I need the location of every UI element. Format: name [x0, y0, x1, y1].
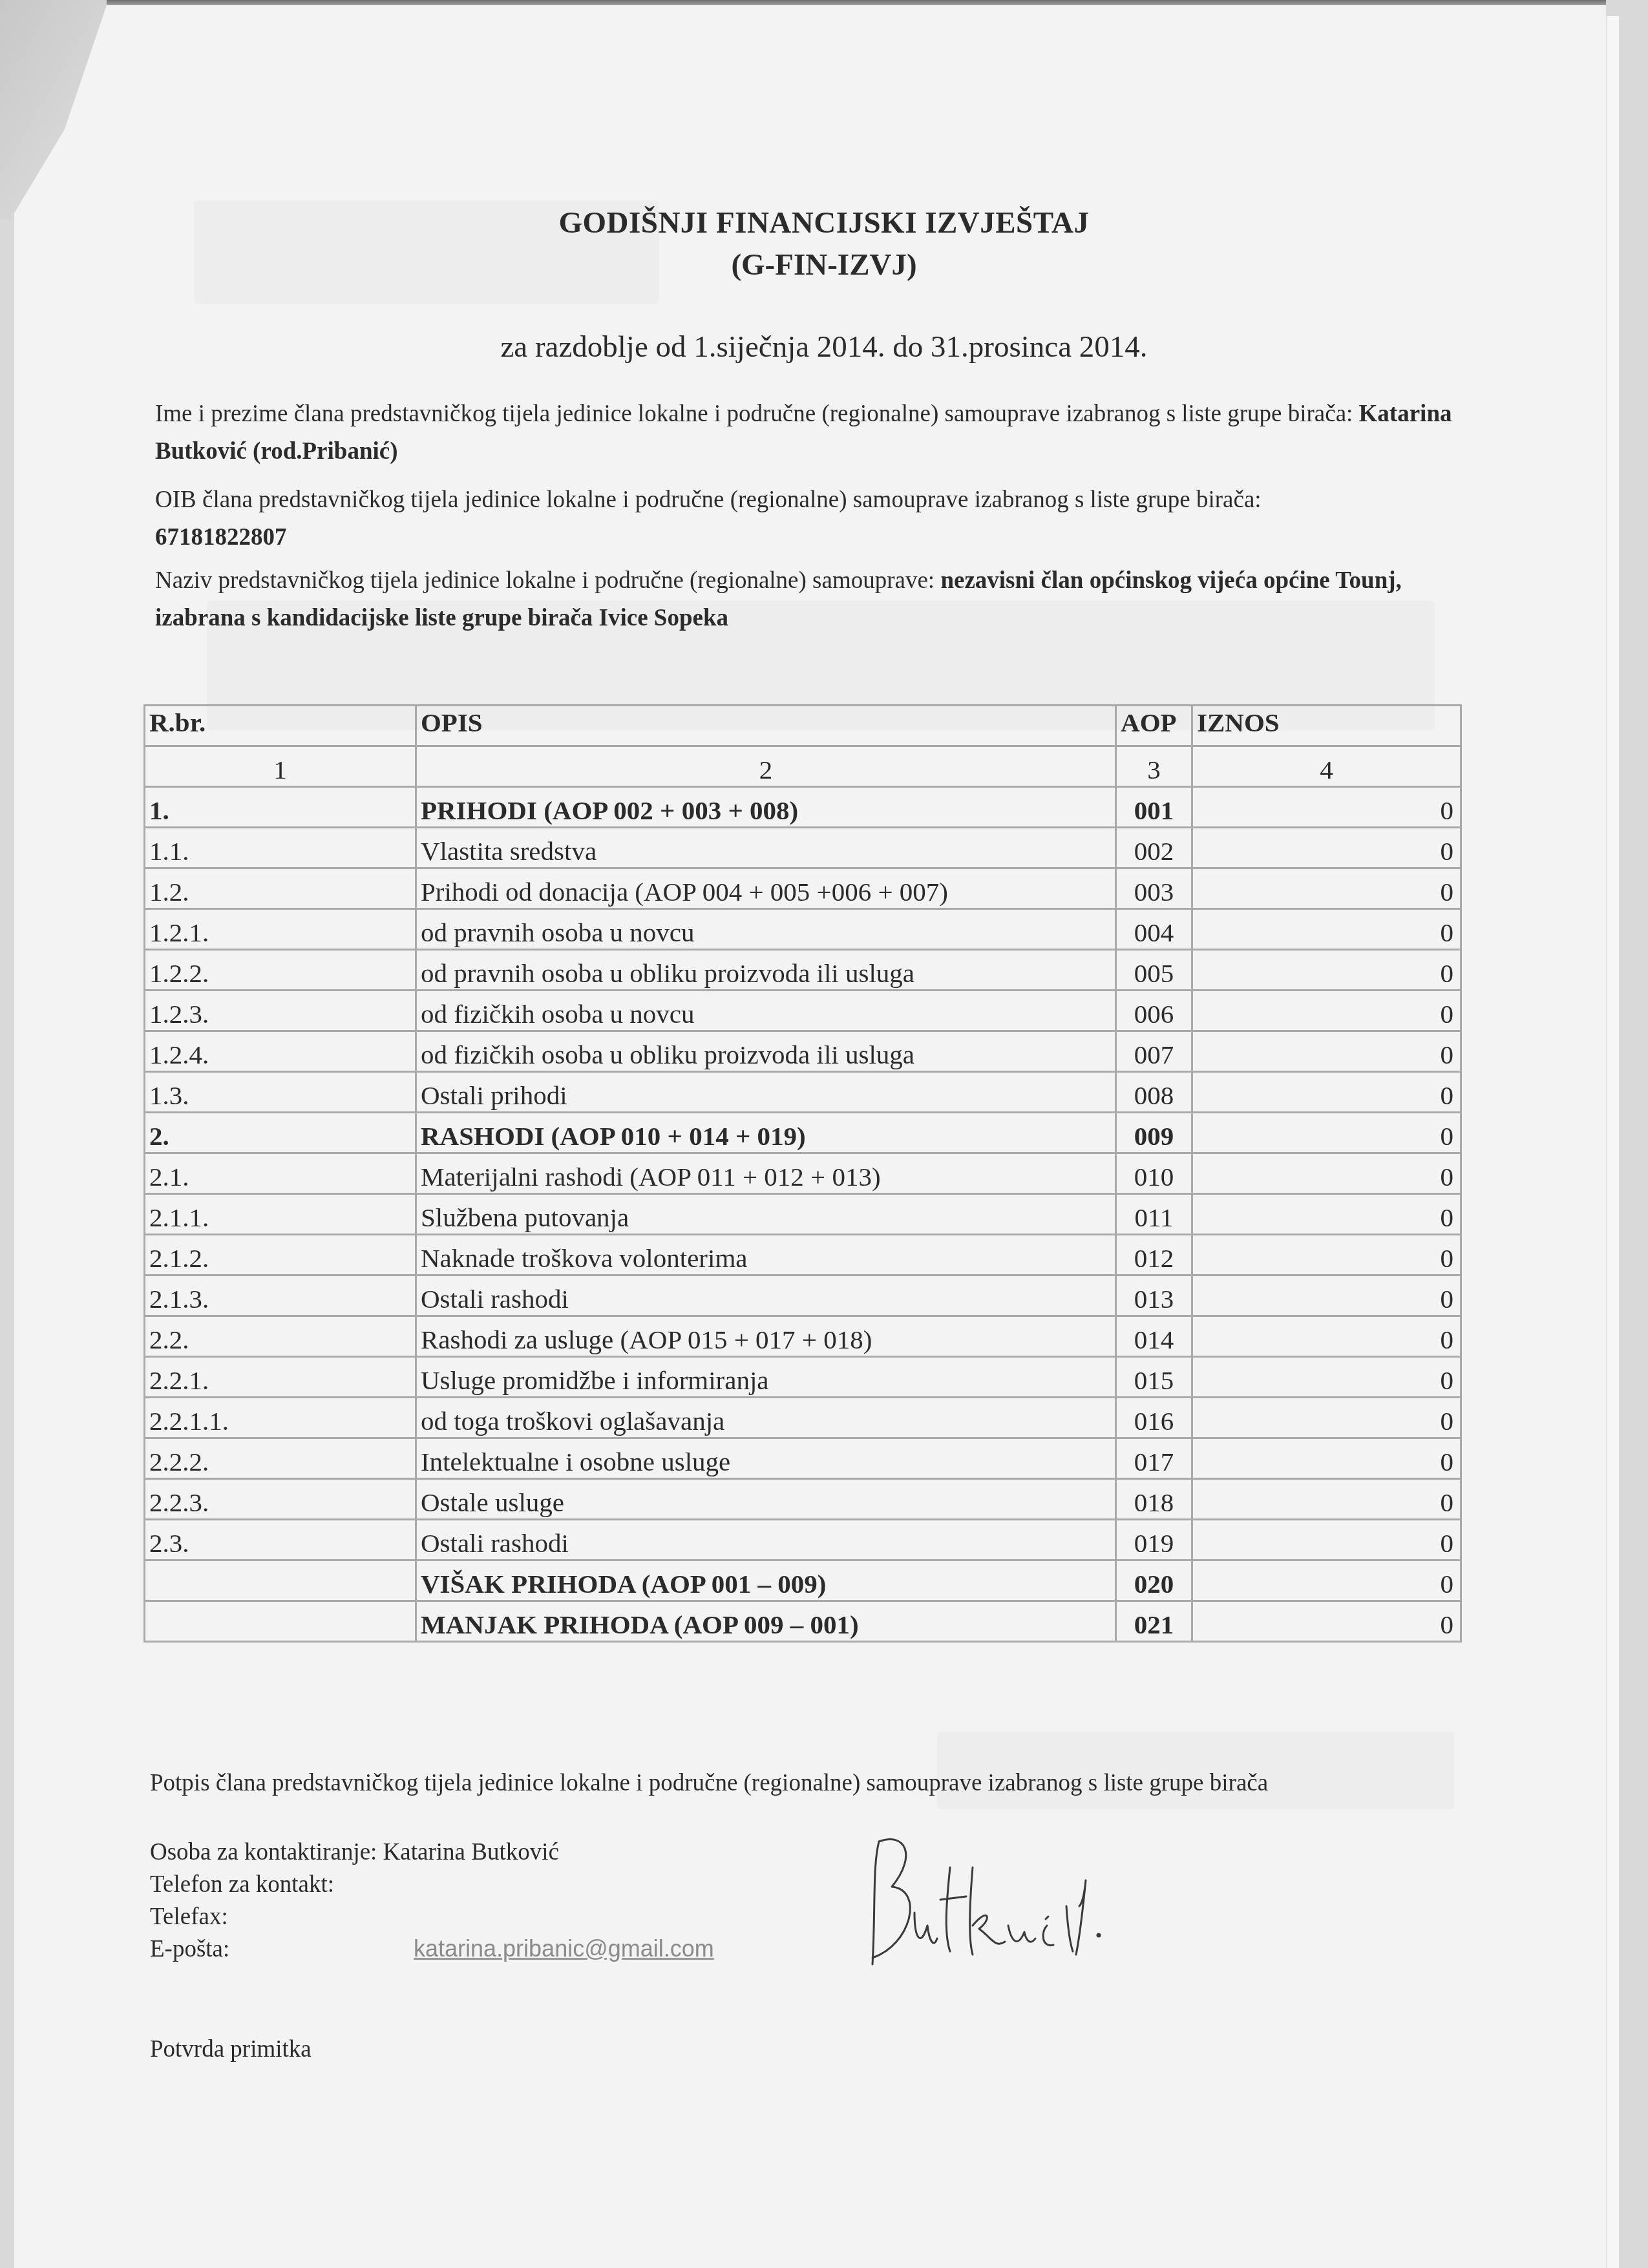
signature-label: Potpis člana predstavničkog tijela jedin… — [150, 1769, 1268, 1797]
row-aop-code: 008 — [1116, 1072, 1192, 1113]
row-number: 2.2.3. — [145, 1479, 416, 1520]
table-row: 1.2.3.od fizičkih osoba u novcu0060 — [145, 991, 1461, 1031]
row-amount: 0 — [1192, 1113, 1461, 1153]
row-number: 2.1.3. — [145, 1276, 416, 1316]
row-description: VIŠAK PRIHODA (AOP 001 – 009) — [416, 1560, 1115, 1601]
row-aop-code: 002 — [1116, 828, 1192, 868]
row-aop-code: 004 — [1116, 909, 1192, 950]
row-number: 1.2.3. — [145, 991, 416, 1031]
row-aop-code: 017 — [1116, 1438, 1192, 1479]
row-number — [145, 1560, 416, 1601]
contact-phone-label: Telefon za kontakt: — [150, 1871, 334, 1898]
table-row: 2.RASHODI (AOP 010 + 014 + 019)0090 — [145, 1113, 1461, 1153]
row-aop-code: 019 — [1116, 1520, 1192, 1560]
document-subtitle: (G-FIN-IZVJ) — [0, 247, 1648, 282]
row-description: od pravnih osoba u novcu — [416, 909, 1115, 950]
table-row: 2.3.Ostali rashodi0190 — [145, 1520, 1461, 1560]
row-amount: 0 — [1192, 1357, 1461, 1398]
row-number: 1.2. — [145, 868, 416, 909]
representative-body-label: Naziv predstavničkog tijela jedinice lok… — [155, 567, 935, 594]
row-number: 2.3. — [145, 1520, 416, 1560]
document-title: GODIŠNJI FINANCIJSKI IZVJEŠTAJ — [0, 205, 1648, 240]
column-index-4: 4 — [1192, 746, 1461, 787]
table-row: 2.1.3.Ostali rashodi0130 — [145, 1276, 1461, 1316]
row-amount: 0 — [1192, 950, 1461, 991]
handwritten-signature-icon — [853, 1829, 1215, 1977]
table-row: 1.2.4.od fizičkih osoba u obliku proizvo… — [145, 1031, 1461, 1072]
row-amount: 0 — [1192, 1560, 1461, 1601]
row-number: 2.1. — [145, 1153, 416, 1194]
row-description: od fizičkih osoba u novcu — [416, 991, 1115, 1031]
row-aop-code: 016 — [1116, 1398, 1192, 1438]
financial-report-table: R.br. OPIS AOP IZNOS 1 2 3 4 1.PRIHODI (… — [143, 704, 1462, 1643]
row-amount: 0 — [1192, 991, 1461, 1031]
row-amount: 0 — [1192, 1194, 1461, 1235]
row-number: 1.1. — [145, 828, 416, 868]
row-description: Ostale usluge — [416, 1479, 1115, 1520]
table-row: MANJAK PRIHODA (AOP 009 – 001)0210 — [145, 1601, 1461, 1642]
column-index-2: 2 — [416, 746, 1115, 787]
row-description: Rashodi za usluge (AOP 015 + 017 + 018) — [416, 1316, 1115, 1357]
row-amount: 0 — [1192, 1276, 1461, 1316]
table-row: 1.2.2.od pravnih osoba u obliku proizvod… — [145, 950, 1461, 991]
table-row: 2.1.1.Službena putovanja0110 — [145, 1194, 1461, 1235]
row-amount: 0 — [1192, 1153, 1461, 1194]
header-opis: OPIS — [416, 706, 1115, 746]
row-aop-code: 018 — [1116, 1479, 1192, 1520]
row-aop-code: 001 — [1116, 787, 1192, 828]
row-description: od fizičkih osoba u obliku proizvoda ili… — [416, 1031, 1115, 1072]
row-aop-code: 012 — [1116, 1235, 1192, 1276]
table-row: 1.PRIHODI (AOP 002 + 003 + 008)0010 — [145, 787, 1461, 828]
table-row: 1.1.Vlastita sredstva0020 — [145, 828, 1461, 868]
table-row: VIŠAK PRIHODA (AOP 001 – 009)0200 — [145, 1560, 1461, 1601]
table-row: 1.3.Ostali prihodi0080 — [145, 1072, 1461, 1113]
table-row: 2.2.1.1.od toga troškovi oglašavanja0160 — [145, 1398, 1461, 1438]
row-number: 2.1.1. — [145, 1194, 416, 1235]
row-amount: 0 — [1192, 1031, 1461, 1072]
row-number: 1.3. — [145, 1072, 416, 1113]
contact-email-label: E-pošta: — [150, 1935, 229, 1963]
row-description: MANJAK PRIHODA (AOP 009 – 001) — [416, 1601, 1115, 1642]
header-rbr: R.br. — [145, 706, 416, 746]
table-row: 2.2.1.Usluge promidžbe i informiranja015… — [145, 1357, 1461, 1398]
contact-email-link[interactable]: katarina.pribanic@gmail.com — [414, 1935, 714, 1962]
table-column-index-row: 1 2 3 4 — [145, 746, 1461, 787]
row-amount: 0 — [1192, 909, 1461, 950]
row-description: Vlastita sredstva — [416, 828, 1115, 868]
row-number: 1.2.1. — [145, 909, 416, 950]
row-description: Prihodi od donacija (AOP 004 + 005 +006 … — [416, 868, 1115, 909]
row-amount: 0 — [1192, 1316, 1461, 1357]
member-oib-label: OIB člana predstavničkog tijela jedinice… — [155, 487, 1262, 513]
row-description: Usluge promidžbe i informiranja — [416, 1357, 1115, 1398]
table-row: 2.2.Rashodi za usluge (AOP 015 + 017 + 0… — [145, 1316, 1461, 1357]
row-description: Naknade troškova volonterima — [416, 1235, 1115, 1276]
table-row: 2.2.3.Ostale usluge0180 — [145, 1479, 1461, 1520]
row-number: 2.2. — [145, 1316, 416, 1357]
row-description: od pravnih osoba u obliku proizvoda ili … — [416, 950, 1115, 991]
column-index-3: 3 — [1116, 746, 1192, 787]
row-description: Ostali rashodi — [416, 1276, 1115, 1316]
row-number: 2. — [145, 1113, 416, 1153]
contact-fax-label: Telefax: — [150, 1903, 228, 1931]
row-aop-code: 013 — [1116, 1276, 1192, 1316]
row-aop-code: 007 — [1116, 1031, 1192, 1072]
row-aop-code: 014 — [1116, 1316, 1192, 1357]
row-description: Intelektualne i osobne usluge — [416, 1438, 1115, 1479]
row-number: 1.2.2. — [145, 950, 416, 991]
representative-body-block: Naziv predstavničkog tijela jedinice lok… — [155, 562, 1461, 637]
row-aop-code: 011 — [1116, 1194, 1192, 1235]
row-amount: 0 — [1192, 1398, 1461, 1438]
row-number: 2.2.2. — [145, 1438, 416, 1479]
table-header-row: R.br. OPIS AOP IZNOS — [145, 706, 1461, 746]
header-iznos: IZNOS — [1192, 706, 1461, 746]
row-aop-code: 006 — [1116, 991, 1192, 1031]
member-name-label: Ime i prezime člana predstavničkog tijel… — [155, 401, 1353, 427]
row-description: PRIHODI (AOP 002 + 003 + 008) — [416, 787, 1115, 828]
table-row: 2.1.Materijalni rashodi (AOP 011 + 012 +… — [145, 1153, 1461, 1194]
member-oib-value: 67181822807 — [155, 524, 287, 551]
row-amount: 0 — [1192, 868, 1461, 909]
member-oib-block: OIB člana predstavničkog tijela jedinice… — [155, 481, 1461, 556]
row-amount: 0 — [1192, 787, 1461, 828]
contact-person: Osoba za kontaktiranje: Katarina Butkovi… — [150, 1838, 559, 1866]
member-name-block: Ime i prezime člana predstavničkog tijel… — [155, 395, 1461, 470]
row-number: 2.1.2. — [145, 1235, 416, 1276]
table-row: 1.2.Prihodi od donacija (AOP 004 + 005 +… — [145, 868, 1461, 909]
row-amount: 0 — [1192, 1438, 1461, 1479]
row-description: RASHODI (AOP 010 + 014 + 019) — [416, 1113, 1115, 1153]
table-row: 2.1.2.Naknade troškova volonterima0120 — [145, 1235, 1461, 1276]
row-description: Službena putovanja — [416, 1194, 1115, 1235]
row-description: Ostali prihodi — [416, 1072, 1115, 1113]
row-number: 1.2.4. — [145, 1031, 416, 1072]
row-aop-code: 021 — [1116, 1601, 1192, 1642]
row-number: 2.2.1. — [145, 1357, 416, 1398]
table-row: 1.2.1.od pravnih osoba u novcu0040 — [145, 909, 1461, 950]
row-aop-code: 003 — [1116, 868, 1192, 909]
row-aop-code: 015 — [1116, 1357, 1192, 1398]
row-amount: 0 — [1192, 1072, 1461, 1113]
table-row: 2.2.2.Intelektualne i osobne usluge0170 — [145, 1438, 1461, 1479]
row-amount: 0 — [1192, 1601, 1461, 1642]
row-number: 1. — [145, 787, 416, 828]
row-amount: 0 — [1192, 828, 1461, 868]
row-description: od toga troškovi oglašavanja — [416, 1398, 1115, 1438]
header-aop: AOP — [1116, 706, 1192, 746]
row-number: 2.2.1.1. — [145, 1398, 416, 1438]
row-amount: 0 — [1192, 1235, 1461, 1276]
row-aop-code: 020 — [1116, 1560, 1192, 1601]
row-description: Materijalni rashodi (AOP 011 + 012 + 013… — [416, 1153, 1115, 1194]
column-index-1: 1 — [145, 746, 416, 787]
receipt-confirmation-label: Potvrda primitka — [150, 2035, 312, 2063]
row-description: Ostali rashodi — [416, 1520, 1115, 1560]
row-aop-code: 005 — [1116, 950, 1192, 991]
reporting-period: za razdoblje od 1.siječnja 2014. do 31.p… — [0, 330, 1648, 364]
row-aop-code: 010 — [1116, 1153, 1192, 1194]
row-amount: 0 — [1192, 1520, 1461, 1560]
row-amount: 0 — [1192, 1479, 1461, 1520]
row-number — [145, 1601, 416, 1642]
row-aop-code: 009 — [1116, 1113, 1192, 1153]
